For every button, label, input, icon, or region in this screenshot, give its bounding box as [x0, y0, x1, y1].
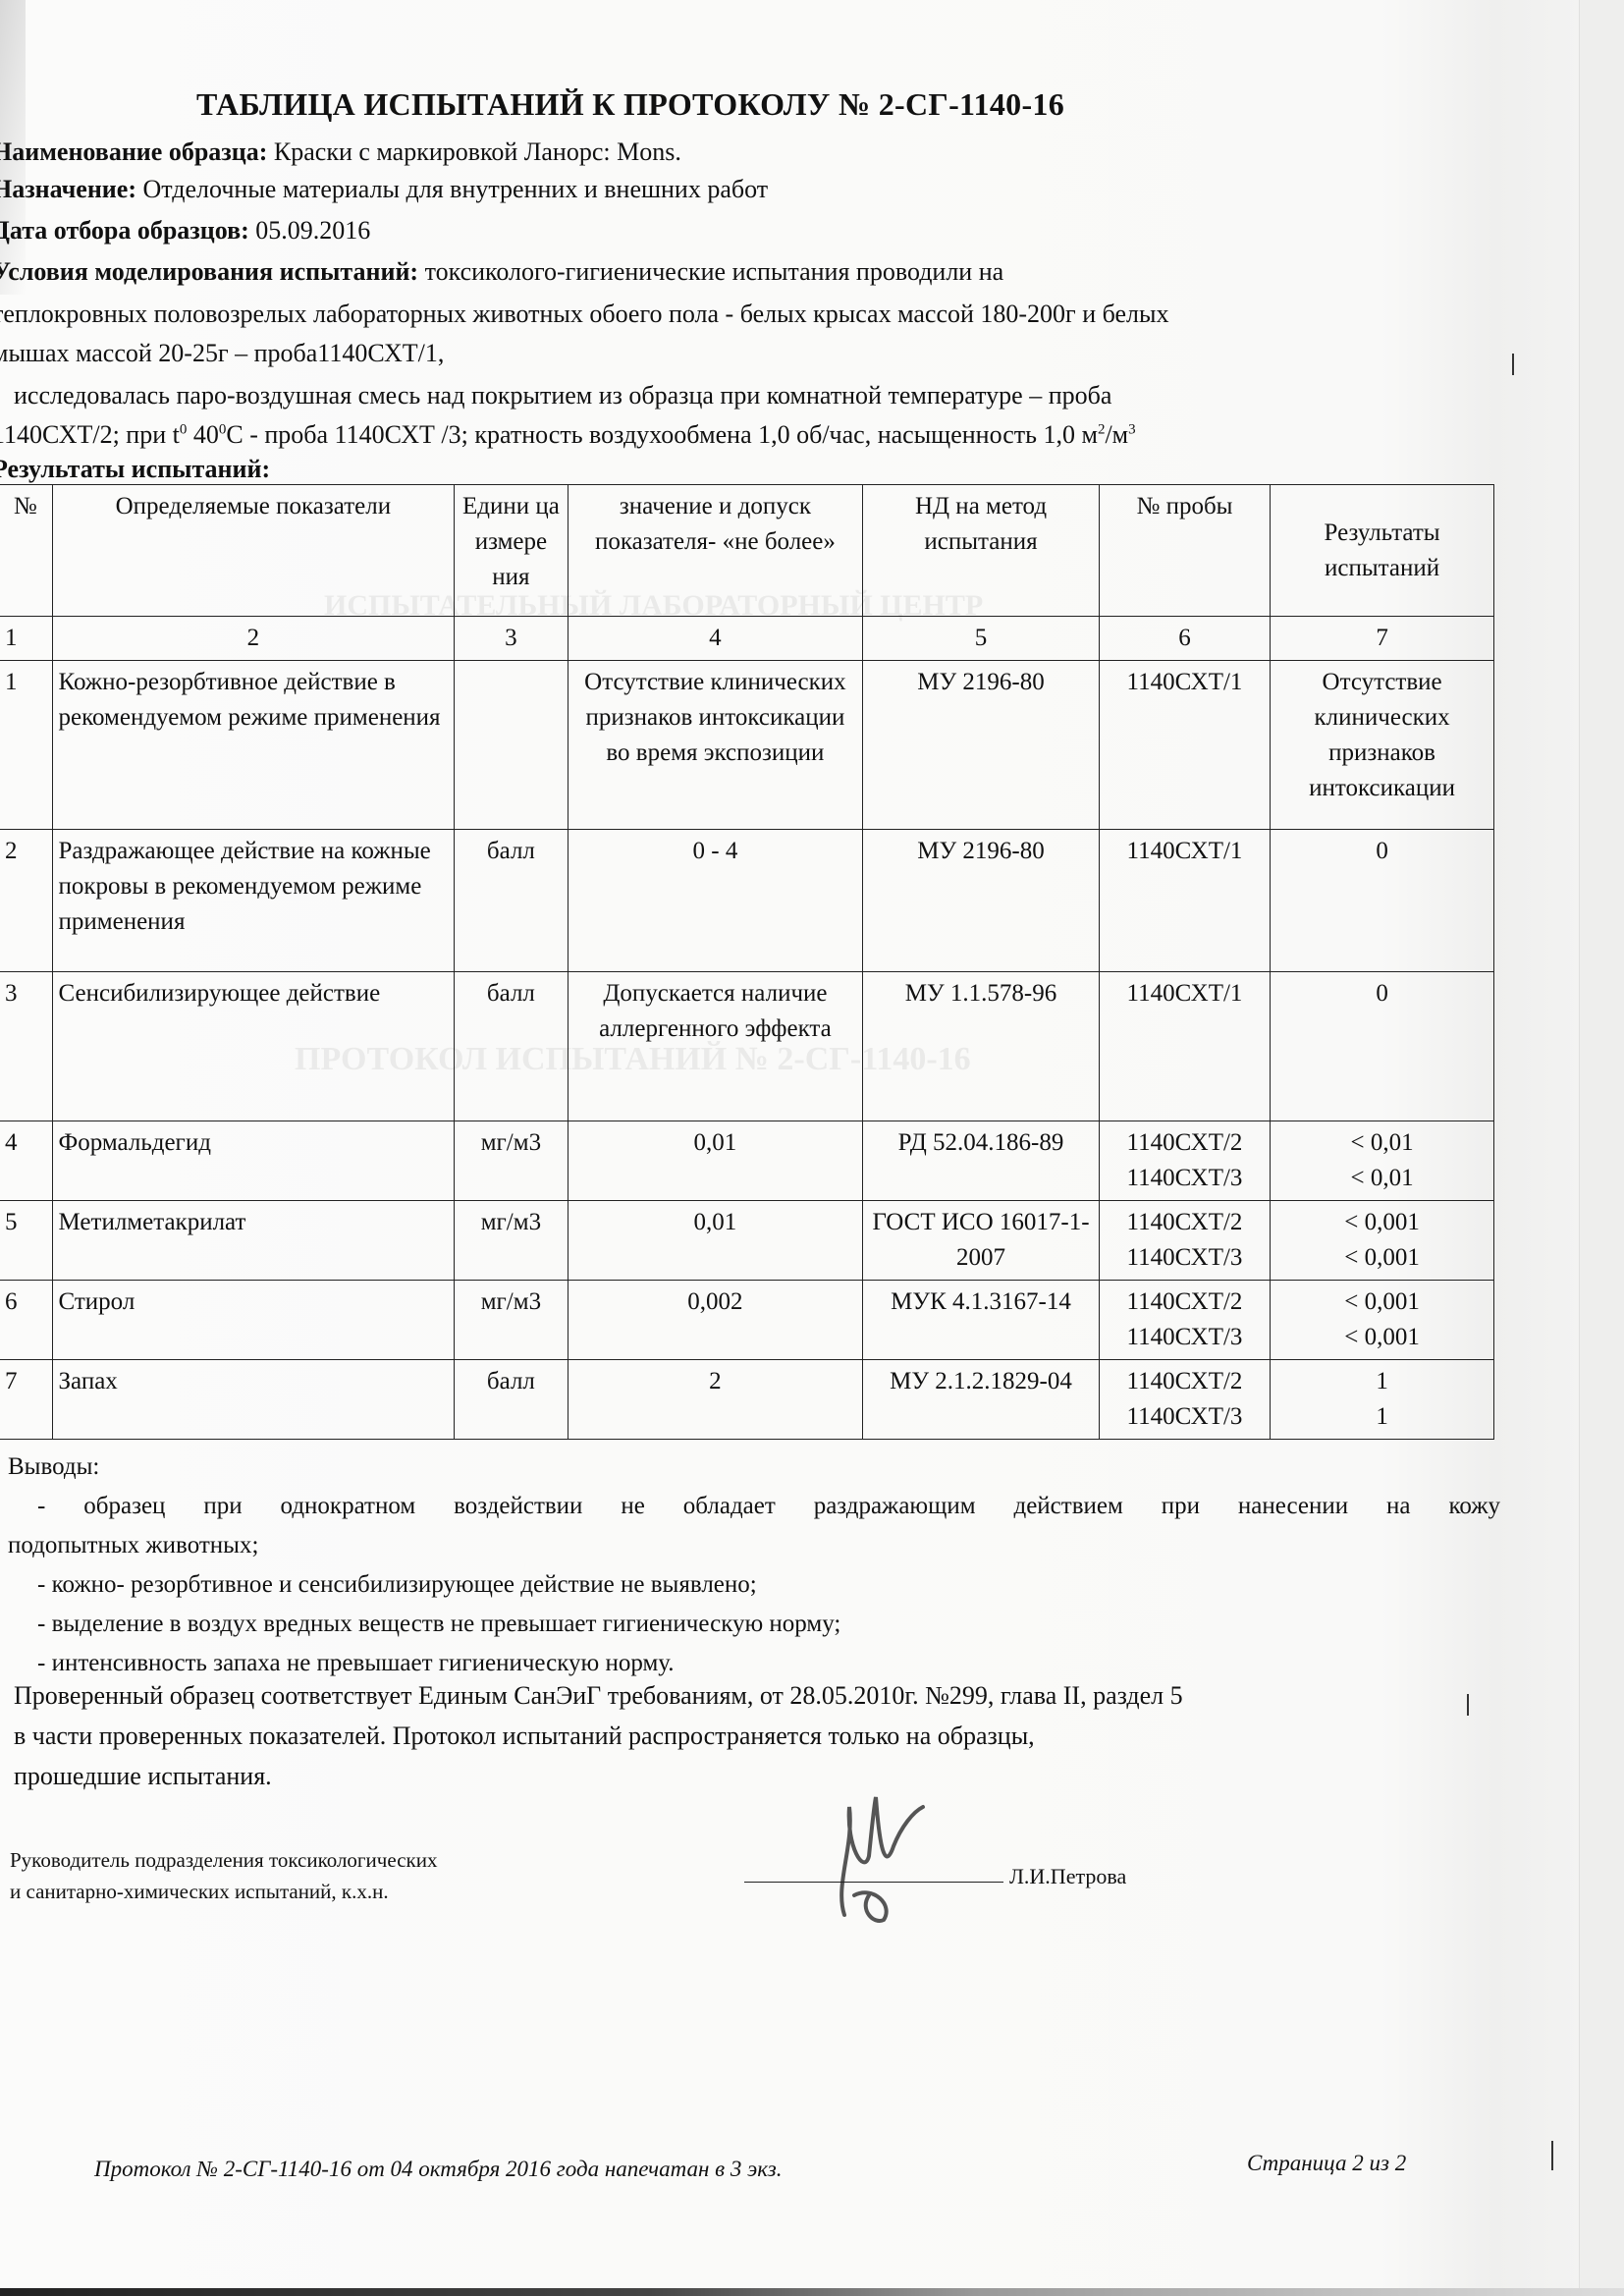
conditions-text-2: теплокровных половозрелых лабораторных ж… — [0, 300, 1169, 329]
row-number: 4 — [0, 1121, 52, 1201]
row-number: 1 — [0, 661, 52, 830]
row-number: 6 — [0, 1281, 52, 1360]
row-limit: 2 — [568, 1360, 863, 1440]
header-unit: Едини ца измере ния — [455, 485, 568, 617]
column-number: 1 — [0, 617, 52, 661]
row-indicator: Сенсибилизирующее действие — [52, 972, 455, 1121]
handwritten-signature — [825, 1787, 933, 1925]
column-number: 5 — [863, 617, 1100, 661]
column-number: 3 — [455, 617, 568, 661]
signer-name: Л.И.Петрова — [1009, 1864, 1126, 1889]
header-limit: значение и допуск показателя- «не более» — [568, 485, 863, 617]
row-sample: 1140СХТ/1 — [1106, 665, 1264, 700]
column-number-row: 1 2 3 4 5 6 7 — [0, 617, 1494, 661]
table-row: 7Запахбалл2МУ 2.1.2.1829-041140СХТ/21140… — [0, 1360, 1494, 1440]
row-result: < 0,001 — [1276, 1320, 1488, 1355]
row-sample: 1140СХТ/2 — [1106, 1125, 1264, 1161]
scan-mark — [1467, 1694, 1469, 1716]
scan-mark — [1551, 2141, 1553, 2170]
row-result: < 0,001 — [1276, 1205, 1488, 1240]
row-sample: 1140СХТ/2 — [1106, 1205, 1264, 1240]
conclusion-item-continued: подопытных животных; — [8, 1526, 1500, 1565]
purpose-line: Назначение: Отделочные материалы для вну… — [0, 175, 768, 204]
row-result: < 0,01 — [1276, 1125, 1488, 1161]
row-indicator: Кожно-резорбтивное действие в рекомендуе… — [52, 661, 455, 830]
footer-protocol: Протокол № 2-СГ-1140-16 от 04 октября 20… — [94, 2157, 783, 2182]
table-row: 1Кожно-резорбтивное действие в рекоменду… — [0, 661, 1494, 830]
row-samples: 1140СХТ/21140СХТ/3 — [1099, 1201, 1270, 1281]
compliance-line: Проверенный образец соответствует Единым… — [14, 1675, 1506, 1716]
signer-position-line: и санитарно-химических испытаний, к.х.н. — [10, 1876, 437, 1907]
row-method: МУ 2.1.2.1829-04 — [863, 1360, 1100, 1440]
row-result: 0 — [1276, 976, 1488, 1011]
compliance-line: прошедшие испытания. — [14, 1756, 1506, 1796]
signer-position-line: Руководитель подразделения токсикологиче… — [10, 1844, 437, 1876]
row-number: 7 — [0, 1360, 52, 1440]
footer-page-number: Страница 2 из 2 — [1247, 2151, 1406, 2176]
conditions-fragment: С - проба 1140СХТ /3; кратность воздухоо… — [226, 420, 1098, 449]
row-samples: 1140СХТ/1 — [1099, 830, 1270, 972]
row-sample: 1140СХТ/3 — [1106, 1399, 1264, 1435]
conditions-fragment: /м — [1105, 420, 1128, 449]
row-samples: 1140СХТ/21140СХТ/3 — [1099, 1121, 1270, 1201]
results-label: Результаты испытаний: — [0, 455, 270, 483]
row-indicator: Раздражающее действие на кожные покровы … — [52, 830, 455, 972]
scan-mark — [1512, 354, 1514, 375]
conditions-fragment: 1140СХТ/2; при t — [0, 420, 180, 449]
sampling-date-label: Дата отбора образцов: — [0, 216, 249, 245]
row-limit: Отсутствие клинических признаков интокси… — [568, 661, 863, 830]
column-number: 2 — [52, 617, 455, 661]
conditions-text-5: 1140СХТ/2; при t0 400С - проба 1140СХТ /… — [0, 420, 1136, 450]
header-method: НД на метод испытания — [863, 485, 1100, 617]
row-indicator: Метилметакрилат — [52, 1201, 455, 1281]
row-results: 0 — [1271, 830, 1494, 972]
conditions-fragment: 40 — [187, 420, 219, 449]
row-sample: 1140СХТ/3 — [1106, 1320, 1264, 1355]
compliance-statement: Проверенный образец соответствует Единым… — [14, 1675, 1506, 1796]
row-results: < 0,001< 0,001 — [1271, 1281, 1494, 1360]
conditions-label: Условия моделирования испытаний: — [0, 257, 418, 286]
row-results: 0 — [1271, 972, 1494, 1121]
table-row: 2Раздражающее действие на кожные покровы… — [0, 830, 1494, 972]
row-unit: балл — [455, 972, 568, 1121]
header-no: № — [0, 485, 52, 617]
compliance-line: в части проверенных показателей. Протоко… — [14, 1716, 1506, 1756]
row-method: МУ 1.1.578-96 — [863, 972, 1100, 1121]
row-samples: 1140СХТ/21140СХТ/3 — [1099, 1360, 1270, 1440]
conclusion-item: - выделение в воздух вредных веществ не … — [8, 1605, 1500, 1644]
row-sample: 1140СХТ/2 — [1106, 1285, 1264, 1320]
row-indicator: Стирол — [52, 1281, 455, 1360]
row-limit: 0,01 — [568, 1201, 863, 1281]
row-limit: 0 - 4 — [568, 830, 863, 972]
sample-name-label: Наименование образца: — [0, 137, 267, 166]
conditions-text: токсиколого-гигиенические испытания пров… — [425, 257, 1004, 286]
document-page: ИСПЫТАТЕЛЬНЫЙ ЛАБОРАТОРНЫЙ ЦЕНТР ПРОТОКО… — [0, 0, 1624, 2296]
row-unit — [455, 661, 568, 830]
superscript: 3 — [1128, 421, 1136, 437]
row-results: Отсутствие клинических признаков интокси… — [1271, 661, 1494, 830]
sampling-date-line: Дата отбора образцов: 05.09.2016 — [0, 216, 370, 246]
table-header-row: № Определяемые показатели Едини ца измер… — [0, 485, 1494, 617]
row-method: ГОСТ ИСО 16017-1-2007 — [863, 1201, 1100, 1281]
row-method: МУК 4.1.3167-14 — [863, 1281, 1100, 1360]
row-indicator: Запах — [52, 1360, 455, 1440]
row-result: < 0,001 — [1276, 1285, 1488, 1320]
conclusions-label: Выводы: — [8, 1448, 1500, 1487]
row-limit: Допускается наличие аллергенного эффекта — [568, 972, 863, 1121]
scan-edge — [1579, 0, 1624, 2296]
sampling-date-value: 05.09.2016 — [255, 216, 370, 245]
row-limit: 0,002 — [568, 1281, 863, 1360]
conditions-text-4: исследовалась паро-воздушная смесь над п… — [14, 381, 1111, 410]
conditions-line: Условия моделирования испытаний: токсико… — [0, 257, 1003, 287]
row-number: 3 — [0, 972, 52, 1121]
results-table: № Определяемые показатели Едини ца измер… — [0, 484, 1494, 1440]
table-row: 5Метилметакрилатмг/м30,01ГОСТ ИСО 16017-… — [0, 1201, 1494, 1281]
row-method: МУ 2196-80 — [863, 661, 1100, 830]
conclusions: Выводы: - образец при однократном воздей… — [8, 1448, 1500, 1683]
row-samples: 1140СХТ/1 — [1099, 972, 1270, 1121]
header-sample: № пробы — [1099, 485, 1270, 617]
row-sample: 1140СХТ/2 — [1106, 1364, 1264, 1399]
column-number: 6 — [1099, 617, 1270, 661]
sample-name-value: Краски с маркировкой Ланорс: Mons. — [274, 137, 681, 166]
column-number: 4 — [568, 617, 863, 661]
row-sample: 1140СХТ/3 — [1106, 1240, 1264, 1276]
document-title: ТАБЛИЦА ИСПЫТАНИЙ К ПРОТОКОЛУ № 2-СГ-114… — [196, 86, 1064, 123]
row-result: < 0,01 — [1276, 1161, 1488, 1196]
row-method: МУ 2196-80 — [863, 830, 1100, 972]
row-samples: 1140СХТ/21140СХТ/3 — [1099, 1281, 1270, 1360]
signer-position: Руководитель подразделения токсикологиче… — [10, 1844, 437, 1907]
signature-line — [744, 1882, 1003, 1883]
row-unit: мг/м3 — [455, 1281, 568, 1360]
row-result: 1 — [1276, 1399, 1488, 1435]
scan-border — [0, 2288, 1624, 2296]
row-result: 1 — [1276, 1364, 1488, 1399]
row-samples: 1140СХТ/1 — [1099, 661, 1270, 830]
row-results: 11 — [1271, 1360, 1494, 1440]
conclusion-item: - образец при однократном воздействии не… — [8, 1487, 1500, 1526]
row-unit: мг/м3 — [455, 1201, 568, 1281]
row-result: 0 — [1276, 834, 1488, 869]
results-heading: Результаты испытаний: — [0, 455, 270, 484]
header-result: Результаты испытаний — [1271, 485, 1494, 617]
row-indicator: Формальдегид — [52, 1121, 455, 1201]
table-row: 6Стиролмг/м30,002МУК 4.1.3167-141140СХТ/… — [0, 1281, 1494, 1360]
row-unit: балл — [455, 1360, 568, 1440]
row-result: < 0,001 — [1276, 1240, 1488, 1276]
row-number: 5 — [0, 1201, 52, 1281]
conclusion-item: - кожно- резорбтивное и сенсибилизирующе… — [8, 1565, 1500, 1605]
sample-name-line: Наименование образца: Краски с маркировк… — [0, 137, 681, 167]
row-sample: 1140СХТ/3 — [1106, 1161, 1264, 1196]
row-limit: 0,01 — [568, 1121, 863, 1201]
row-results: < 0,01< 0,01 — [1271, 1121, 1494, 1201]
row-number: 2 — [0, 830, 52, 972]
purpose-value: Отделочные материалы для внутренних и вн… — [142, 175, 768, 203]
row-sample: 1140СХТ/1 — [1106, 976, 1264, 1011]
column-number: 7 — [1271, 617, 1494, 661]
row-sample: 1140СХТ/1 — [1106, 834, 1264, 869]
table-row: 3Сенсибилизирующее действиебаллДопускает… — [0, 972, 1494, 1121]
row-unit: мг/м3 — [455, 1121, 568, 1201]
row-result: Отсутствие клинических признаков интокси… — [1276, 665, 1488, 806]
purpose-label: Назначение: — [0, 175, 136, 203]
row-method: РД 52.04.186-89 — [863, 1121, 1100, 1201]
header-indicator: Определяемые показатели — [52, 485, 455, 617]
row-unit: балл — [455, 830, 568, 972]
conditions-text-3: мышах массой 20-25г – проба1140СХТ/1, — [0, 339, 444, 368]
row-results: < 0,001< 0,001 — [1271, 1201, 1494, 1281]
table-row: 4Формальдегидмг/м30,01РД 52.04.186-89114… — [0, 1121, 1494, 1201]
